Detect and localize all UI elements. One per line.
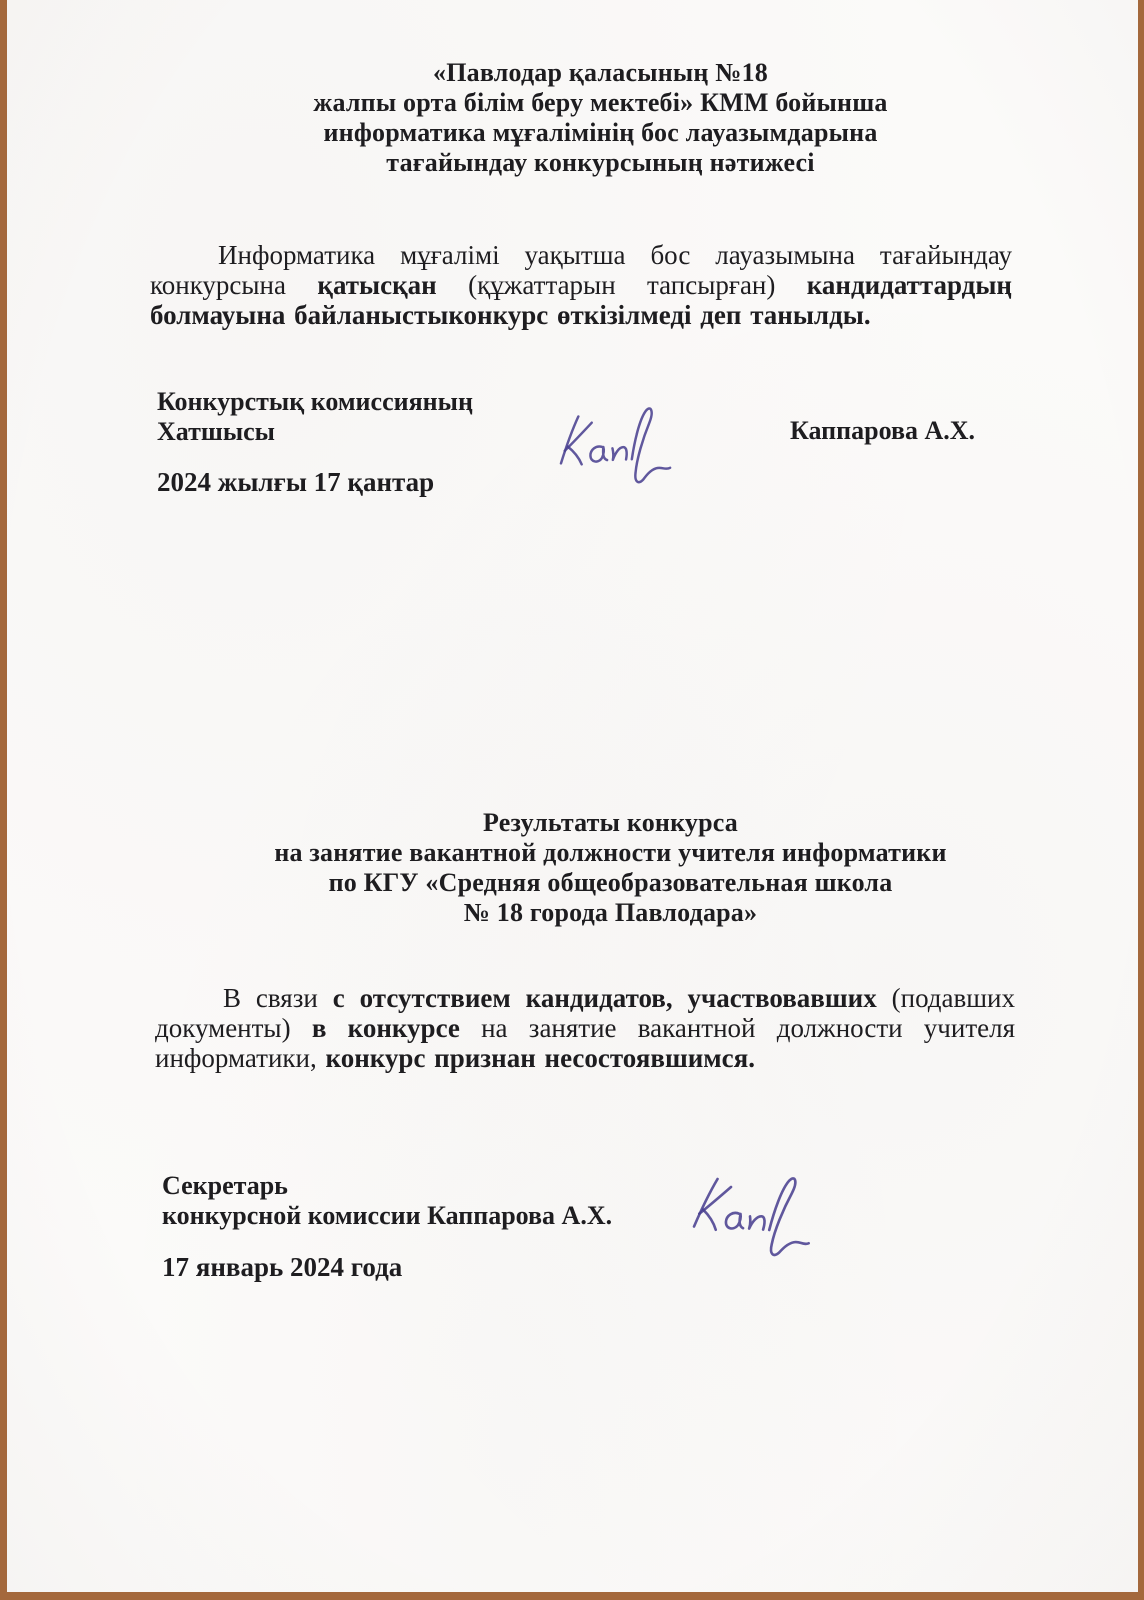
ru-document-title: Результаты конкурса на занятие вакантной… (7, 808, 1138, 928)
ru-title-line: № 18 города Павлодара» (83, 898, 1138, 928)
kz-document-title: «Павлодар қаласының №18 жалпы орта білім… (7, 58, 1138, 178)
signature-handwriting-icon (679, 1157, 826, 1269)
signature-handwriting-icon (547, 401, 682, 490)
kz-date: 2024 жылғы 17 қантар (157, 467, 434, 497)
kz-title-line: тағайындау конкурсының нәтижесі (63, 148, 1138, 178)
kz-title-line: жалпы орта білім беру мектебі» КММ бойын… (63, 88, 1138, 118)
ru-signatory-role-line: конкурсной комиссии Каппарова А.Х. (162, 1201, 612, 1231)
kz-signatory-role-line: Конкурстық комиссияның (157, 387, 473, 417)
ru-paragraph-segment-bold: с отсутствием кандидатов, участвовавших (333, 983, 892, 1013)
kz-title-line: информатика мұғалімінің бос лауазымдарын… (63, 118, 1138, 148)
ru-result-paragraph: В связи с отсутствием кандидатов, участв… (155, 983, 1015, 1073)
ru-signatory-role: Секретарь конкурсной комиссии Каппарова … (162, 1171, 612, 1231)
ru-date: 17 январь 2024 года (162, 1252, 402, 1282)
kz-signatory-name: Каппарова А.Х. (790, 416, 975, 446)
ru-signatory-role-line: Секретарь (162, 1171, 612, 1201)
ru-paragraph-segment-bold: в конкурсе (312, 1013, 481, 1043)
ru-title-line: на занятие вакантной должности учителя и… (83, 838, 1138, 868)
ru-paragraph-segment: В связи (223, 983, 333, 1013)
kz-result-paragraph: Информатика мұғалімі уақытша бос лауазым… (150, 240, 1012, 330)
ru-title-line: Результаты конкурса (83, 808, 1138, 838)
document-page: «Павлодар қаласының №18 жалпы орта білім… (7, 0, 1138, 1592)
kz-title-line: «Павлодар қаласының №18 (63, 58, 1138, 88)
ru-paragraph-segment-bold: конкурс признан несостоявшимся. (326, 1043, 756, 1073)
kz-signatory-role-line: Хатшысы (157, 417, 473, 447)
ru-title-line: по КГУ «Средняя общеобразовательная школ… (83, 868, 1138, 898)
kz-signatory-role: Конкурстық комиссияның Хатшысы (157, 387, 473, 447)
kz-paragraph-segment-bold: қатысқан (317, 270, 468, 300)
kz-paragraph-segment: (құжаттарын тапсырған) (468, 270, 807, 300)
